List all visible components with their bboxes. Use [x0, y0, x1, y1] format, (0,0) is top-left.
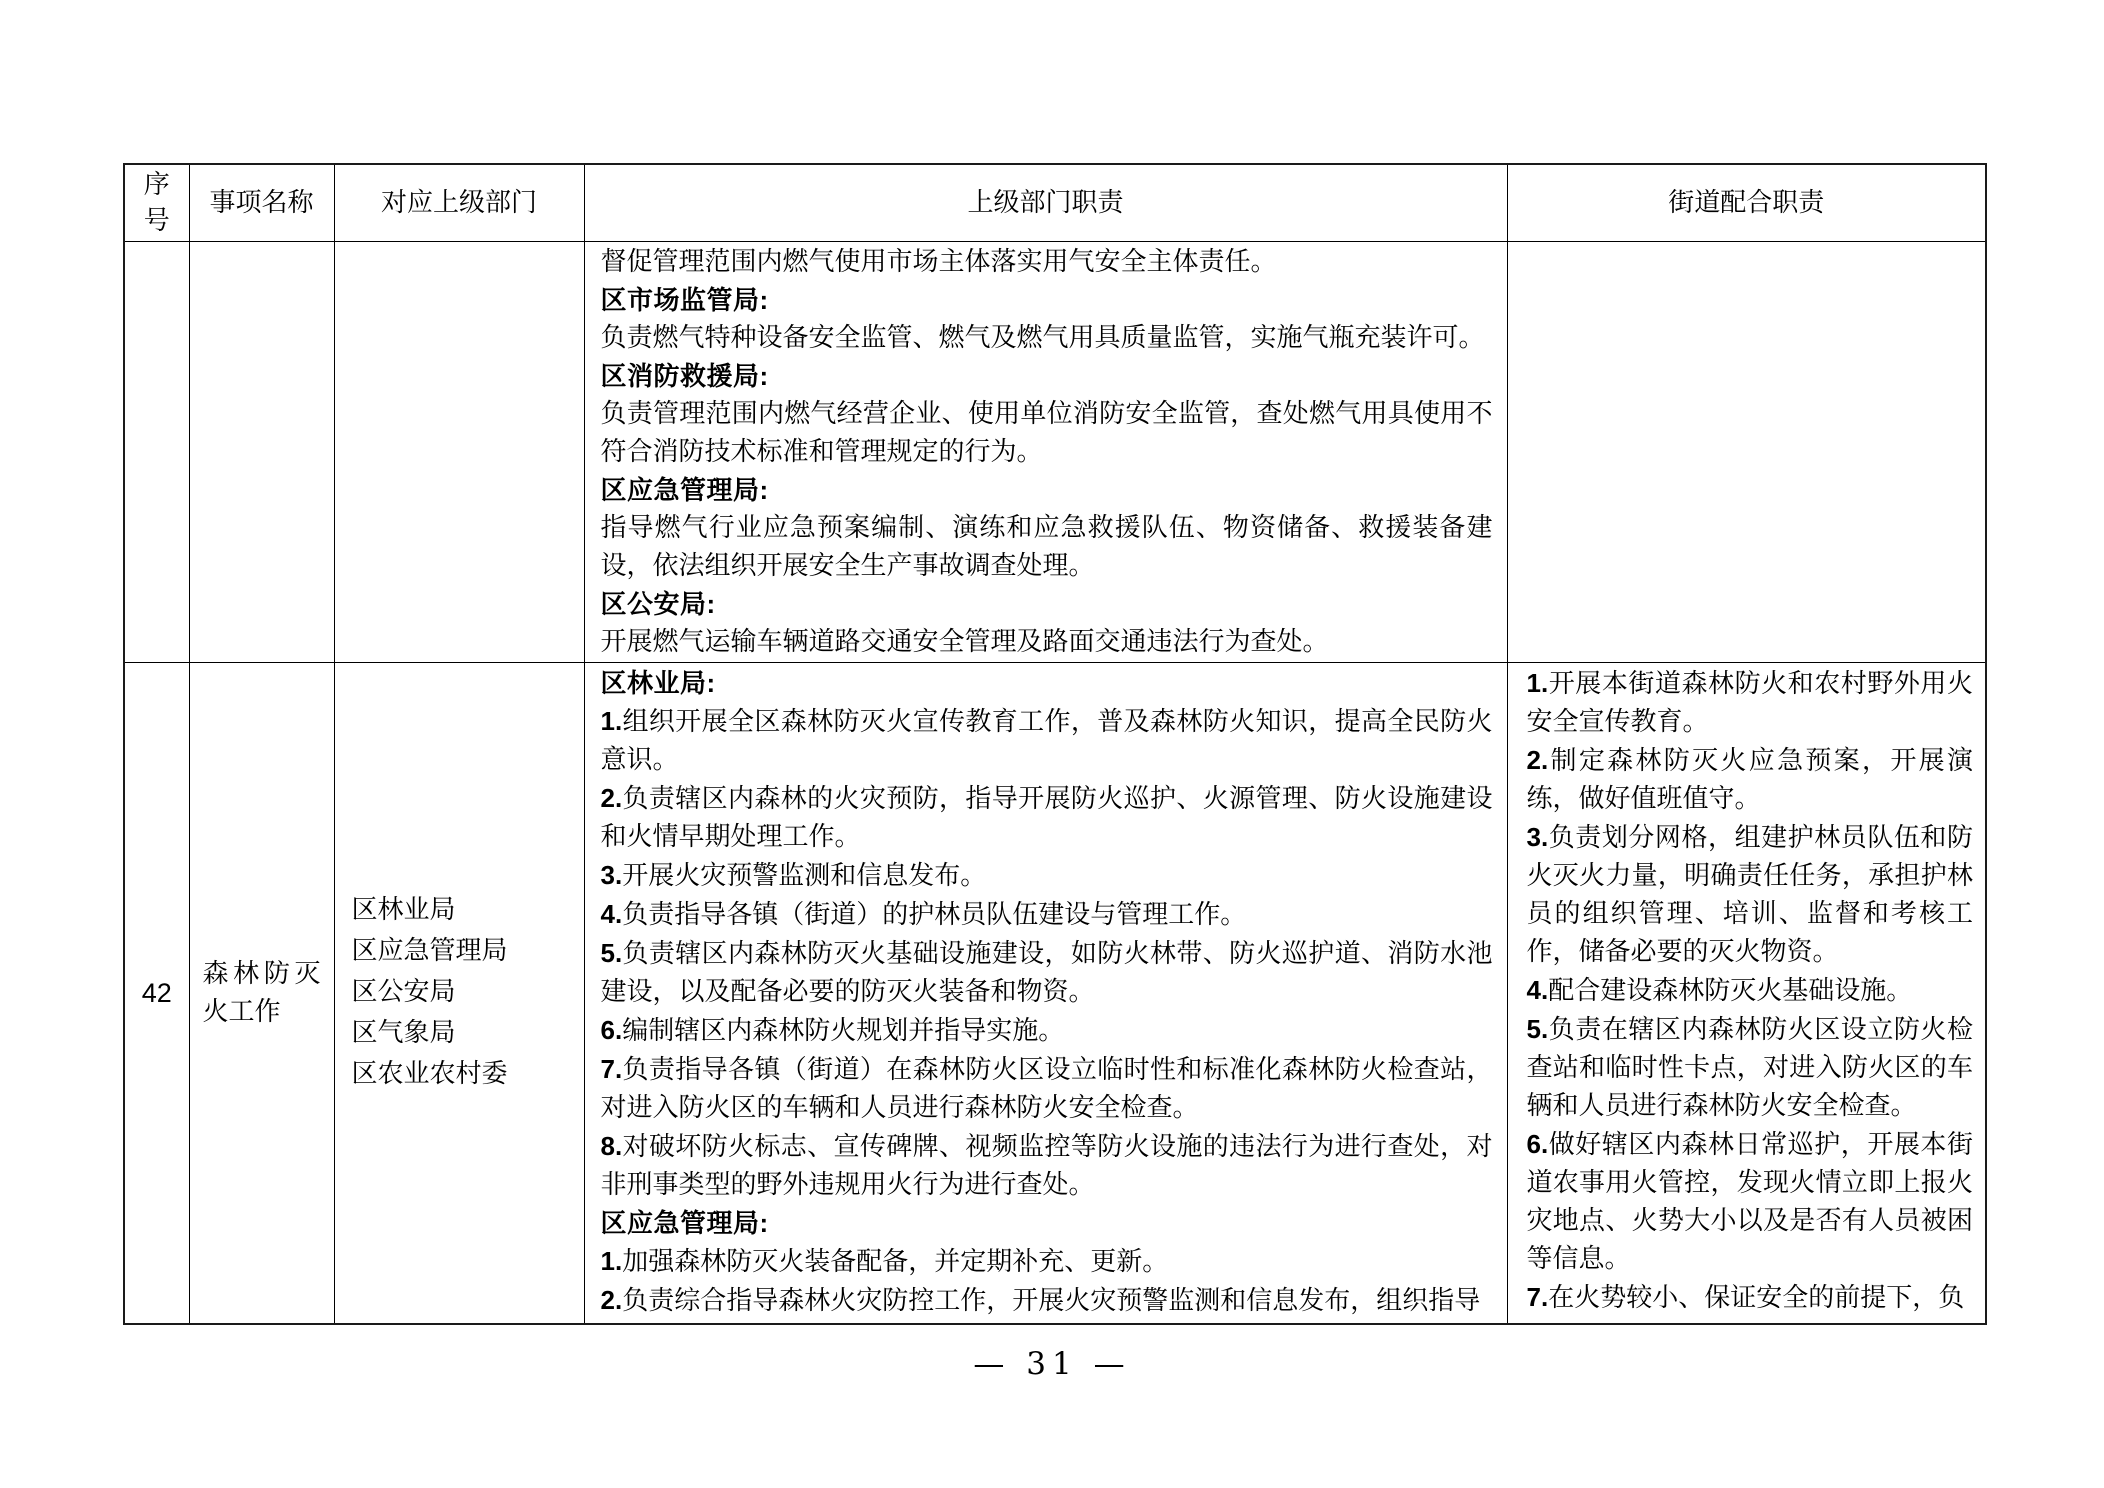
department-name: 区气象局 — [352, 1013, 574, 1054]
item-number: 8. — [601, 1131, 623, 1161]
duty-paragraph: 2.负责综合指导森林火灾防控工作，开展火灾预警监测和信息发布，组织指导 — [601, 1281, 1493, 1320]
item-number: 7. — [601, 1054, 623, 1084]
duty-paragraph: 负责燃气特种设备安全监管、燃气及燃气用具质量监管，实施气瓶充装许可。 — [601, 319, 1493, 357]
duty-paragraph: 3.负责划分网格，组建护林员队伍和防火灭火力量，明确责任任务，承担护林员的组织管… — [1527, 818, 1974, 971]
duty-paragraph: 8.对破坏防火标志、宣传碑牌、视频监控等防火设施的违法行为进行查处，对非刑事类型… — [601, 1127, 1493, 1204]
cell-seq-no — [124, 241, 189, 662]
item-number: 3. — [601, 860, 623, 890]
duty-paragraph: 5.负责在辖区内森林防火区设立防火检查站和临时性卡点，对进入防火区的车辆和人员进… — [1527, 1010, 1974, 1125]
table-row-continuation: 督促管理范围内燃气使用市场主体落实用气安全主体责任。区市场监管局:负责燃气特种设… — [124, 241, 1986, 662]
item-number: 2. — [1527, 745, 1549, 775]
department-heading: 区公安局: — [601, 585, 1493, 623]
header-superior-duties: 上级部门职责 — [584, 164, 1507, 241]
duty-paragraph: 6.做好辖区内森林日常巡护，开展本街道农事用火管控，发现火情立即上报火灾地点、火… — [1527, 1125, 1974, 1278]
cell-seq-no: 42 — [124, 662, 189, 1324]
cell-item-name — [189, 241, 334, 662]
duty-paragraph: 负责管理范围内燃气经营企业、使用单位消防安全监管，查处燃气用具使用不符合消防技术… — [601, 395, 1493, 471]
duty-paragraph: 7.在火势较小、保证安全的前提下，负 — [1527, 1278, 1974, 1317]
header-street-duties: 街道配合职责 — [1507, 164, 1986, 241]
cell-street-duties — [1507, 241, 1986, 662]
item-number: 3. — [1527, 822, 1549, 852]
department-heading: 区市场监管局: — [601, 281, 1493, 319]
item-number: 2. — [601, 783, 623, 813]
cell-superior-duties: 区林业局:1.组织开展全区森林防灭火宣传教育工作，普及森林防火知识，提高全民防火… — [584, 662, 1507, 1324]
cell-departments: 区林业局区应急管理局区公安局区气象局区农业农村委 — [334, 662, 584, 1324]
duty-paragraph: 督促管理范围内燃气使用市场主体落实用气安全主体责任。 — [601, 243, 1493, 281]
item-number: 4. — [601, 899, 623, 929]
duty-paragraph: 1.组织开展全区森林防灭火宣传教育工作，普及森林防火知识，提高全民防火意识。 — [601, 702, 1493, 779]
duty-paragraph: 4.负责指导各镇（街道）的护林员队伍建设与管理工作。 — [601, 895, 1493, 934]
department-heading: 区消防救援局: — [601, 357, 1493, 395]
item-number: 6. — [1527, 1129, 1549, 1159]
cell-superior-duties: 督促管理范围内燃气使用市场主体落实用气安全主体责任。区市场监管局:负责燃气特种设… — [584, 241, 1507, 662]
duty-paragraph: 2.负责辖区内森林的火灾预防，指导开展防火巡护、火源管理、防火设施建设和火情早期… — [601, 779, 1493, 856]
page-number: — 31 — — [0, 1346, 2104, 1382]
header-seq-no: 序号 — [124, 164, 189, 241]
department-heading: 区林业局: — [601, 664, 1493, 702]
table-body: 督促管理范围内燃气使用市场主体落实用气安全主体责任。区市场监管局:负责燃气特种设… — [124, 241, 1986, 1324]
header-item-name: 事项名称 — [189, 164, 334, 241]
header-superior-department: 对应上级部门 — [334, 164, 584, 241]
header-row: 序号 事项名称 对应上级部门 上级部门职责 街道配合职责 — [124, 164, 1986, 241]
department-name: 区应急管理局 — [352, 931, 574, 972]
item-number: 4. — [1527, 975, 1549, 1005]
item-number: 7. — [1527, 1282, 1549, 1312]
duty-paragraph: 7.负责指导各镇（街道）在森林防火区设立临时性和标准化森林防火检查站，对进入防火… — [601, 1050, 1493, 1127]
table-header: 序号 事项名称 对应上级部门 上级部门职责 街道配合职责 — [124, 164, 1986, 241]
department-heading: 区应急管理局: — [601, 1204, 1493, 1242]
document-page: 序号 事项名称 对应上级部门 上级部门职责 街道配合职责 督促管理范围内燃气使用… — [0, 0, 2104, 1488]
item-number: 6. — [601, 1015, 623, 1045]
cell-street-duties: 1.开展本街道森林防火和农村野外用火安全宣传教育。2.制定森林防灭火应急预案，开… — [1507, 662, 1986, 1324]
department-name: 区农业农村委 — [352, 1054, 574, 1095]
department-name: 区公安局 — [352, 972, 574, 1013]
duty-paragraph: 1.加强森林防灭火装备配备，并定期补充、更新。 — [601, 1242, 1493, 1281]
table-row-42: 42 森林防灭火工作 区林业局区应急管理局区公安局区气象局区农业农村委 区林业局… — [124, 662, 1986, 1324]
duty-paragraph: 5.负责辖区内森林防灭火基础设施建设，如防火林带、防火巡护道、消防水池建设，以及… — [601, 934, 1493, 1011]
item-number: 5. — [601, 938, 623, 968]
item-number: 2. — [601, 1285, 623, 1315]
duty-paragraph: 4.配合建设森林防灭火基础设施。 — [1527, 971, 1974, 1010]
cell-departments — [334, 241, 584, 662]
duty-paragraph: 3.开展火灾预警监测和信息发布。 — [601, 856, 1493, 895]
duty-paragraph: 指导燃气行业应急预案编制、演练和应急救援队伍、物资储备、救援装备建设，依法组织开… — [601, 509, 1493, 585]
duty-paragraph: 1.开展本街道森林防火和农村野外用火安全宣传教育。 — [1527, 664, 1974, 741]
item-number: 1. — [1527, 668, 1549, 698]
item-number: 5. — [1527, 1014, 1549, 1044]
cell-item-name: 森林防灭火工作 — [189, 662, 334, 1324]
duty-paragraph: 2.制定森林防灭火应急预案，开展演练，做好值班值守。 — [1527, 741, 1974, 818]
department-name: 区林业局 — [352, 890, 574, 931]
duty-paragraph: 6.编制辖区内森林防火规划并指导实施。 — [601, 1011, 1493, 1050]
department-heading: 区应急管理局: — [601, 471, 1493, 509]
item-number: 1. — [601, 706, 623, 736]
duty-paragraph: 开展燃气运输车辆道路交通安全管理及路面交通违法行为查处。 — [601, 623, 1493, 661]
responsibility-table: 序号 事项名称 对应上级部门 上级部门职责 街道配合职责 督促管理范围内燃气使用… — [123, 163, 1987, 1325]
item-number: 1. — [601, 1246, 623, 1276]
